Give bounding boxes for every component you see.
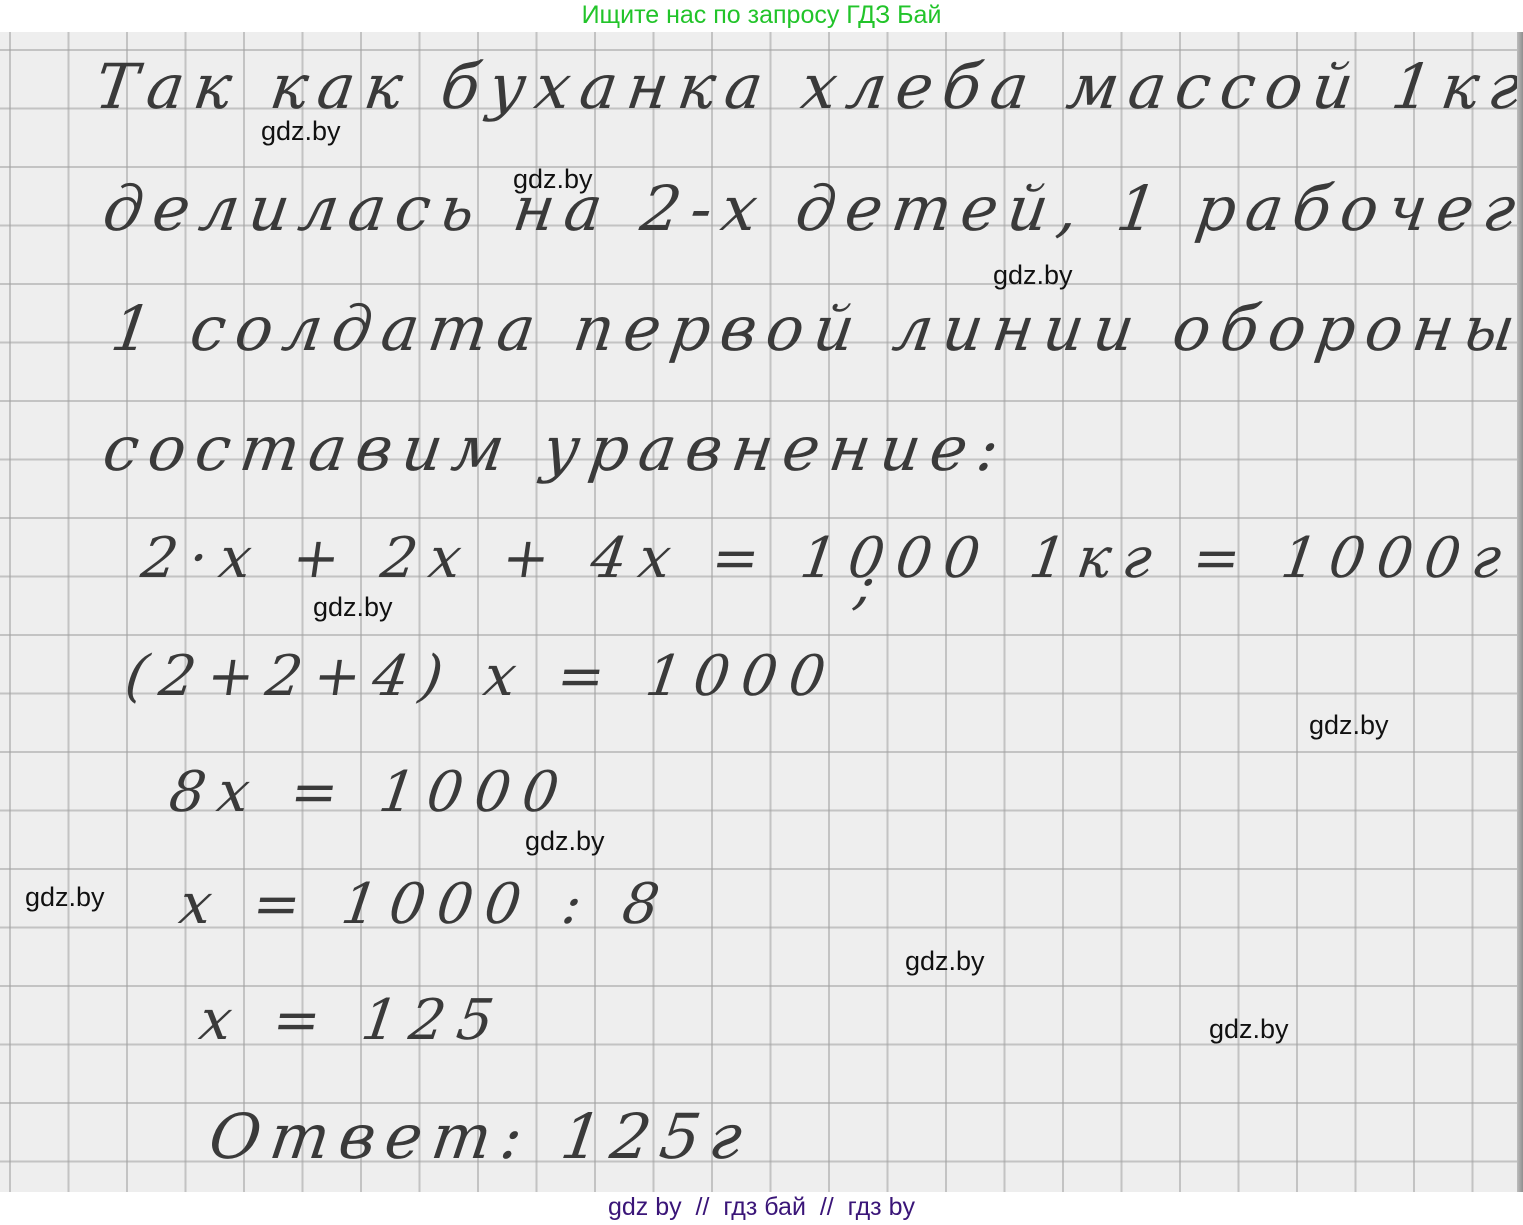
equation-line-3: 8x = 1000 (165, 760, 574, 825)
equation-line-4: x = 1000 : 8 (175, 872, 675, 937)
watermark: gdz.by (1309, 710, 1389, 741)
watermark: gdz.by (525, 826, 605, 857)
watermark: gdz.by (313, 592, 393, 623)
watermark: gdz.by (993, 260, 1073, 291)
watermark: gdz.by (513, 164, 593, 195)
solution-line-3: 1 солдата первой линии обороны, (107, 292, 1523, 365)
solution-line-1: Так как буханка хлеба массой 1кг (91, 50, 1523, 123)
equation-line-2: (2+2+4) x = 1000 (121, 644, 841, 709)
watermark: gdz.by (905, 946, 985, 977)
solution-line-2: делилась на 2-х детей, 1 рабочего и (99, 172, 1523, 245)
footer-caption: gdz by // гдз бай // гдз by (0, 1192, 1523, 1225)
search-banner: Ищите нас по запросу ГДЗ Бай (0, 0, 1523, 32)
watermark: gdz.by (1209, 1014, 1289, 1045)
notebook-page: Так как буханка хлеба массой 1кг делилас… (0, 32, 1523, 1192)
solution-line-4: составим уравнение: (99, 412, 1014, 485)
equation-line-5: x = 125 (195, 988, 509, 1053)
watermark: gdz.by (25, 882, 105, 913)
answer-line: Ответ: 125г (205, 1100, 757, 1173)
unit-conversion: 1кг = 1000г (1025, 526, 1517, 591)
watermark: gdz.by (261, 116, 341, 147)
